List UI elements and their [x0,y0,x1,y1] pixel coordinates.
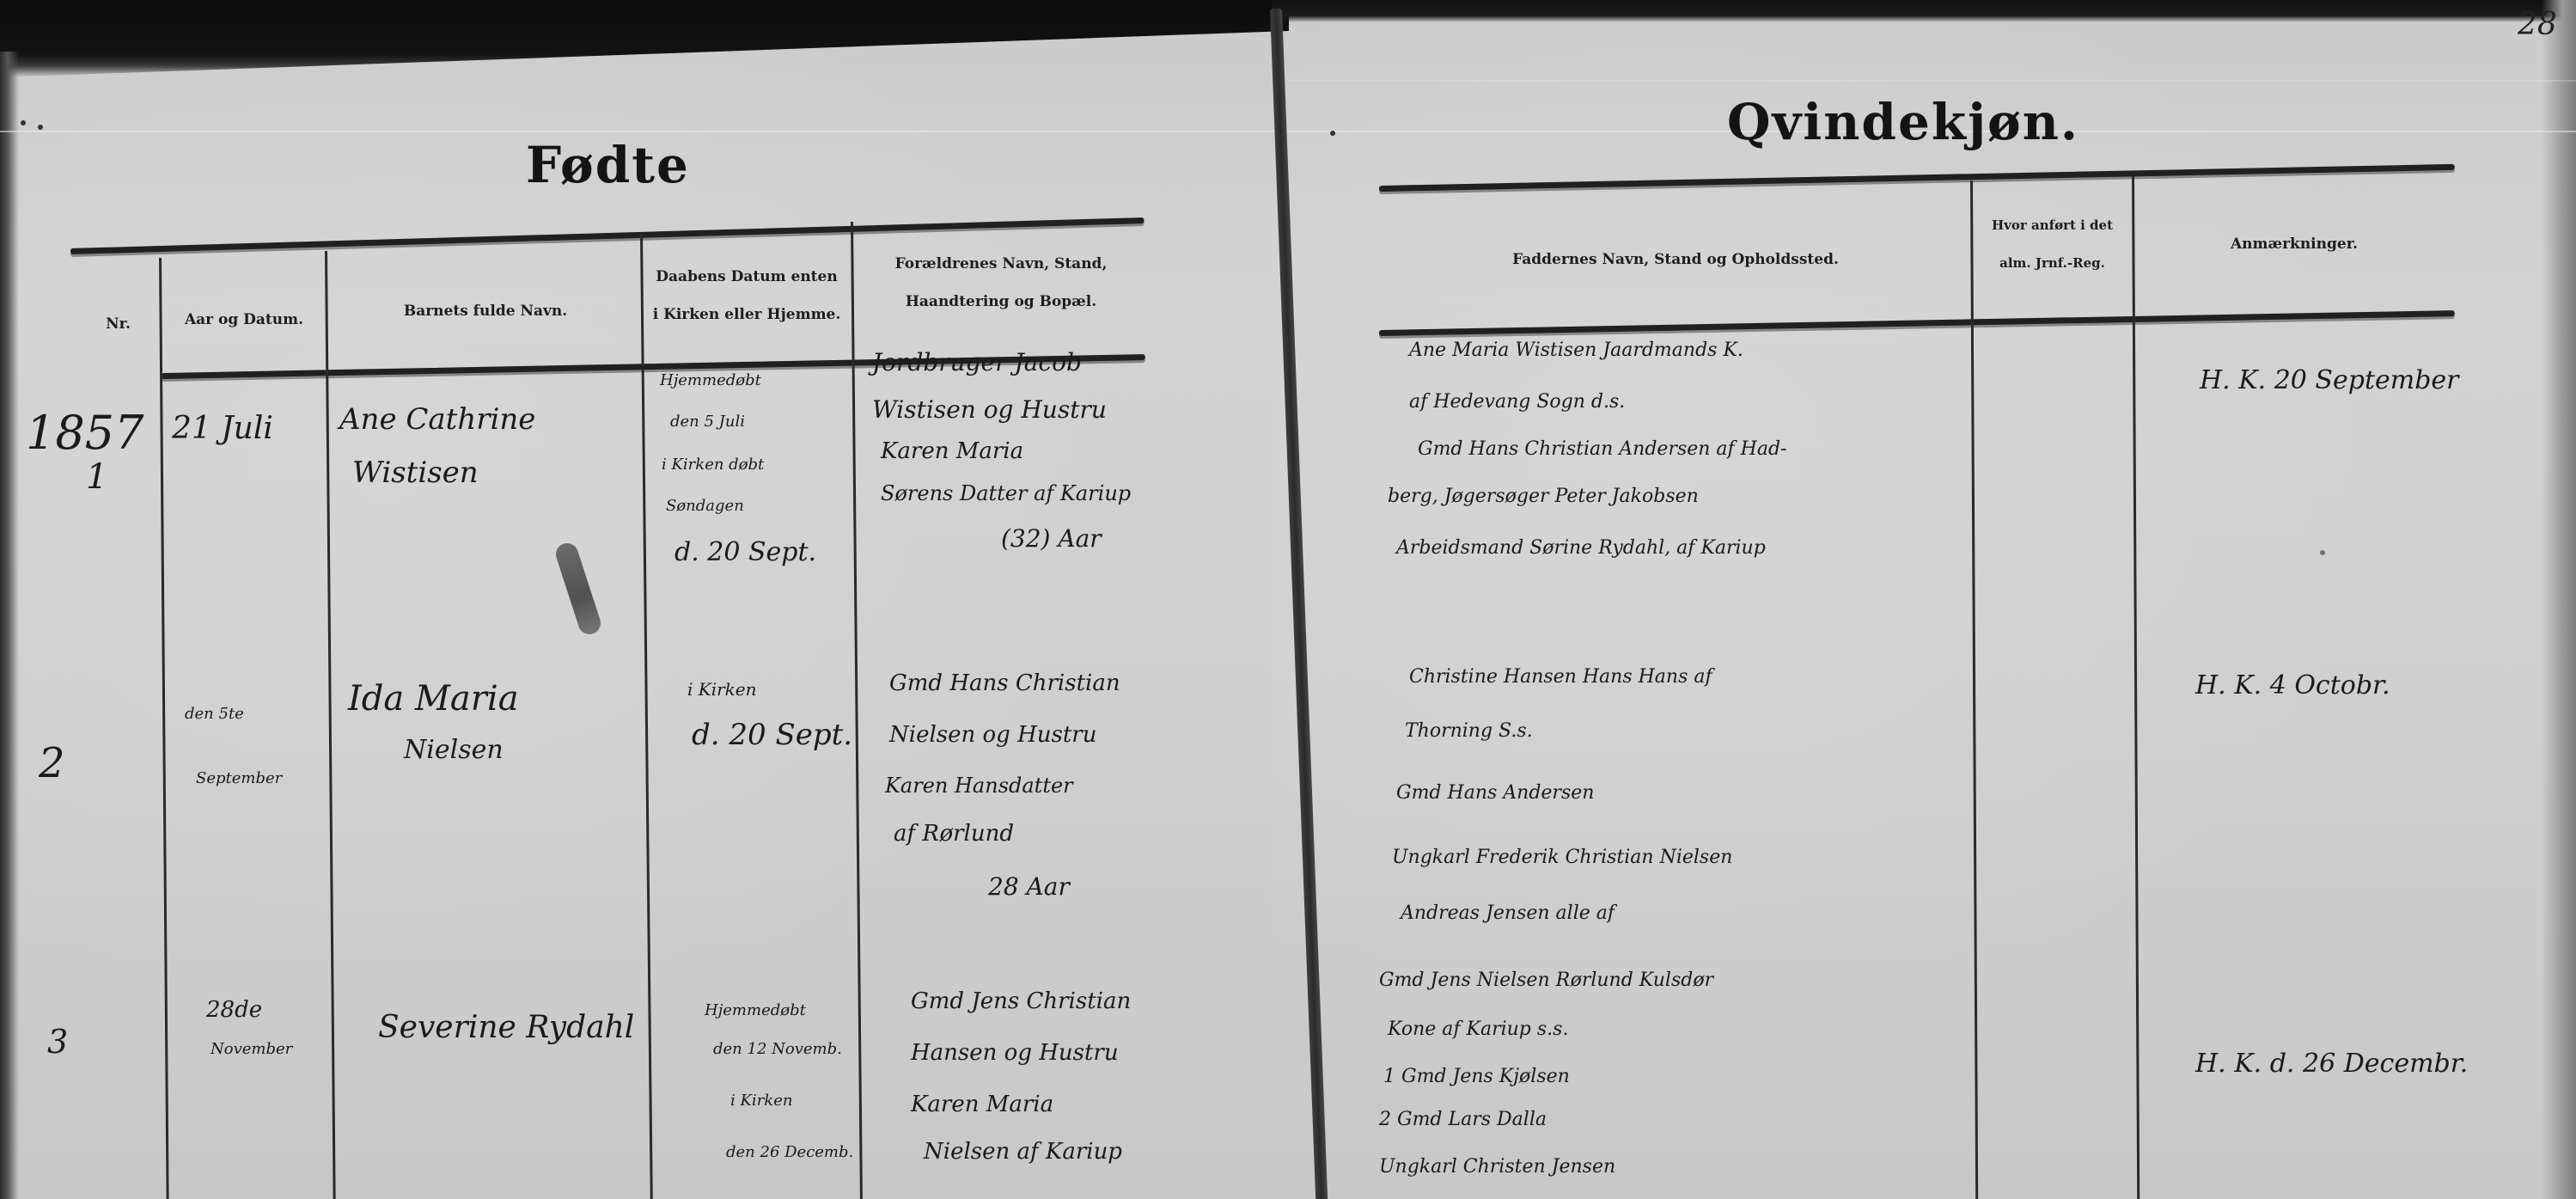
entry-2-parents-line: Karen Hansdatter [885,774,1073,798]
column-header-nr: Nr. [77,305,159,343]
header-line: i Kirken eller Hjemme. [643,296,851,333]
entry-1-godparents-line: Gmd Hans Christian Andersen af Had- [1418,438,1786,460]
entry-3-parents-line: Hansen og Hustru [911,1040,1119,1066]
entry-3-godparents-line: 2 Gmd Lars Dalla [1379,1109,1547,1130]
header-line: alm. Jrnf.-Reg. [1973,244,2132,282]
entry-3-baptism-line: den 12 Novemb. [713,1040,842,1058]
entry-3-baptism-line: i Kirken [730,1092,792,1110]
entry-2-child-name-line: Nielsen [404,735,504,765]
scan-artifact-line [0,131,2576,132]
entry-3-remark: H. K. d. 26 Decembr. [2195,1049,2468,1079]
paper-speck [1330,131,1335,136]
left-page-title: Fødte [526,136,690,194]
scan-artifact-line [1289,80,2576,82]
header-line: Forældrenes Navn, Stand, [859,245,1143,283]
entry-2-parents-line: Gmd Hans Christian [889,670,1120,696]
entry-2-godparents-line: Christine Hansen Hans Hans af [1409,666,1712,688]
paper-speck [21,120,26,125]
entry-1-baptism-line: den 5 Juli [670,413,745,431]
column-header-foraeldrene: Forældrenes Navn, Stand, Haandtering og … [859,245,1143,321]
entry-2-remark: H. K. 4 Octobr. [2195,670,2390,700]
header-line: Haandtering og Bopæl. [859,283,1143,321]
column-header-fadderne: Faddernes Navn, Stand og Opholdssted. [1383,241,1968,278]
entry-1-remark: H. K. 20 September [2200,365,2459,395]
entry-3-date-line: 28de [206,997,262,1023]
entry-year: 1857 [26,406,143,460]
entry-2-parents-line: Nielsen og Hustru [889,722,1096,748]
entry-2-godparents-line: Ungkarl Frederik Christian Nielsen [1392,847,1732,868]
page-edge-shadow [0,52,19,1199]
entry-3-godparents-line: Kone af Kariup s.s. [1388,1019,1568,1040]
entry-1-child-name-line: Ane Cathrine [339,402,535,437]
book-edge-shadow-right [1272,0,2576,22]
entry-1-baptism-line: Søndagen [666,497,744,515]
entry-2-date-line: September [196,769,282,787]
entry-1-nr: 1 [86,457,107,497]
entry-3-parents-line: Nielsen af Kariup [924,1139,1122,1165]
entry-1-baptism-line: Hjemmedøbt [660,371,761,389]
entry-1-baptism-line: i Kirken døbt [662,456,764,474]
entry-3-nr: 3 [47,1023,68,1061]
entry-3-godparents-line: 1 Gmd Jens Kjølsen [1383,1066,1570,1087]
right-page-title: Qvindekjøn. [1727,93,2079,151]
entry-2-parents-line: 28 Aar [988,872,1070,901]
entry-1-parents-line: Sørens Datter af Kariup [881,481,1131,505]
entry-3-parents-line: Gmd Jens Christian [911,988,1131,1014]
entry-2-godparents-line: Gmd Hans Andersen [1396,782,1594,804]
entry-3-godparents-line: Gmd Jens Nielsen Rørlund Kulsdør [1379,970,1713,991]
entry-2-child-name-line: Ida Maria [348,679,519,719]
entry-2-date-line: den 5te [185,705,244,723]
entry-1-parents-line: Jordbruger Jacob [872,348,1082,376]
page-edge-shadow-right [2542,0,2576,1199]
column-header-hvor-anfort: Hvor anført i det alm. Jrnf.-Reg. [1973,206,2132,282]
paper-speck [38,125,43,130]
entry-3-baptism-line: den 26 Decemb. [726,1143,853,1161]
header-line: Hvor anført i det [1973,206,2132,244]
entry-2-nr: 2 [39,739,65,787]
entry-3-child-name: Severine Rydahl [378,1010,634,1045]
entry-3-baptism-line: Hjemmedøbt [705,1001,806,1019]
entry-3-parents-line: Karen Maria [911,1092,1053,1117]
entry-1-parents-line: (32) Aar [1001,524,1102,553]
column-header-barnets-navn: Barnets fulde Navn. [331,292,640,330]
column-header-aar-og-datum: Aar og Datum. [163,301,325,339]
entry-2-baptism-line: i Kirken [687,679,757,700]
entry-3-godparents-line: Ungkarl Christen Jensen [1379,1156,1615,1178]
entry-2-baptism-line: d. 20 Sept. [692,718,852,752]
scanned-register-spread: Fødte Nr. Aar og Datum. Barnets fulde Na… [0,0,2576,1199]
entry-2-godparents-line: Andreas Jensen alle af [1401,902,1615,924]
header-line: Daabens Datum enten [643,258,851,296]
entry-1-godparents-line: Ane Maria Wistisen Jaardmands K. [1409,340,1743,361]
entry-1-child-name-line: Wistisen [352,456,479,490]
entry-2-godparents-line: Thorning S.s. [1405,720,1533,742]
entry-1-parents-line: Wistisen og Hustru [872,395,1107,424]
column-header-daabens-datum: Daabens Datum enten i Kirken eller Hjemm… [643,258,851,333]
page-number: 28 [2518,7,2557,42]
entry-1-parents-line: Karen Maria [881,438,1023,464]
entry-1-godparents-line: berg, Jøgersøger Peter Jakobsen [1388,486,1699,507]
entry-1-godparents-line: af Hedevang Sogn d.s. [1409,391,1625,413]
entry-1-date: 21 Juli [172,411,273,446]
paper-speck [2320,550,2325,555]
entry-2-parents-line: af Rørlund [894,821,1014,847]
entry-1-baptism-line: d. 20 Sept. [675,537,816,567]
column-header-anmaerkninger: Anmærkninger. [2135,225,2453,263]
entry-3-date-line: November [211,1040,292,1058]
entry-1-godparents-line: Arbeidsmand Sørine Rydahl, af Kariup [1396,537,1766,559]
